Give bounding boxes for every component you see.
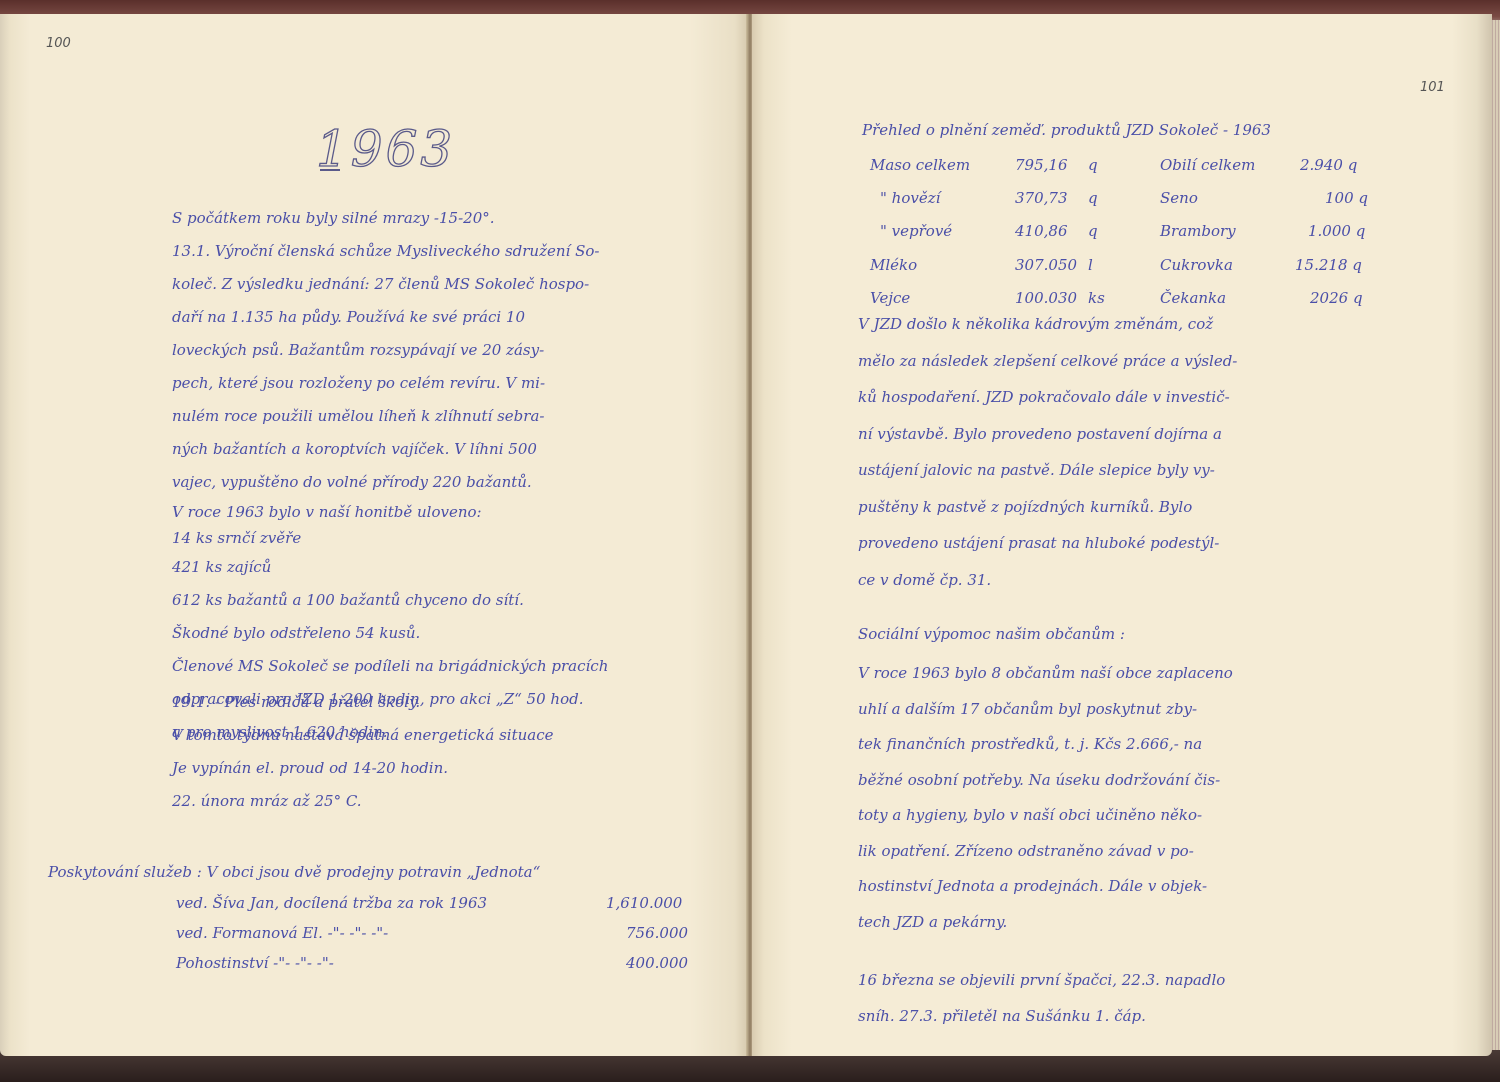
text-line: 19.1. - Ples rodičů a přátel školy. (172, 686, 554, 719)
product-unit: q (1088, 222, 1098, 240)
text-line: ní výstavbě. Bylo provedeno postavení do… (858, 416, 1237, 453)
product-name: Maso celkem (870, 156, 970, 174)
text-line: toty a hygieny, bylo v naší obci učiněno… (858, 798, 1233, 834)
text-line: běžné osobní potřeby. Na úseku dodržován… (858, 763, 1233, 799)
chronicle-text-block-1: S počátkem roku byly silné mrazy -15-20°… (172, 202, 608, 749)
text-line: V roce 1963 bylo 8 občanům naší obce zap… (858, 656, 1233, 692)
product-unit: ks (1088, 289, 1105, 307)
chronicle-text-block-2: 19.1. - Ples rodičů a přátel školy. V to… (172, 686, 554, 818)
year-underline (320, 169, 340, 171)
product-name: Mléko (870, 256, 917, 274)
social-section-heading: Sociální výpomoc našim občanům : (858, 618, 1125, 651)
text-line: pech, které jsou rozloženy po celém reví… (172, 367, 608, 400)
text-line: vajec, vypuštěno do volné přírody 220 ba… (172, 466, 608, 499)
text-line: 14 ks srnčí zvěře (172, 525, 608, 551)
product-name: Vejce (870, 289, 910, 307)
text-line: ustájení jalovic na pastvě. Dále slepice… (858, 452, 1237, 489)
product-unit: l (1088, 256, 1093, 274)
text-line: mělo za následek zlepšení celkové práce … (858, 343, 1237, 380)
text-line: puštěny k pastvě z pojízdných kurníků. B… (858, 489, 1237, 526)
production-table-title: Přehled o plnění zeměď. produktů JZD Sok… (862, 114, 1271, 147)
product-amount-2: 1.000 q (1308, 222, 1365, 240)
product-unit: q (1088, 189, 1098, 207)
product-amount-2: 2.940 q (1300, 156, 1357, 174)
product-name-2: Obilí celkem (1160, 156, 1255, 174)
text-line: 16 března se objevili první špačci, 22.3… (858, 962, 1225, 998)
text-line: 22. února mráz až 25° C. (172, 785, 554, 818)
text-line: 13.1. Výroční členská schůze Mysliveckéh… (172, 235, 608, 268)
text-line: tek finančních prostředků, t. j. Kčs 2.6… (858, 727, 1233, 763)
product-amount: 795,16 (1015, 156, 1068, 174)
product-amount: 100.030 (1015, 289, 1077, 307)
product-name-2: Čekanka (1160, 289, 1226, 307)
right-page: 101 Přehled o plnění zeměď. produktů JZD… (752, 14, 1492, 1056)
text-line: ných bažantích a koroptvích vajíček. V l… (172, 433, 608, 466)
product-name: " vepřové (880, 222, 952, 240)
page-number-right: 101 (1420, 80, 1445, 95)
services-table: ved. Šíva Jan, docílená tržba za rok 196… (176, 894, 716, 994)
product-name-2: Cukrovka (1160, 256, 1233, 274)
text-line: koleč. Z výsledku jednání: 27 členů MS S… (172, 268, 608, 301)
text-line: daří na 1.135 ha půdy. Používá ke své pr… (172, 301, 608, 334)
page-number-left: 100 (46, 36, 71, 51)
text-line: uhlí a dalším 17 občanům byl poskytnut z… (858, 692, 1233, 728)
march-notes-text: 16 března se objevili první špačci, 22.3… (858, 962, 1225, 1034)
product-amount-2: 100 q (1325, 189, 1368, 207)
services-value: 400.000 (626, 954, 688, 972)
product-name: " hovězí (880, 189, 940, 207)
text-line: sníh. 27.3. přiletěl na Sušánku 1. čáp. (858, 998, 1225, 1034)
text-line: V JZD došlo k několika kádrovým změnám, … (858, 306, 1237, 343)
services-label: Pohostinství -"- -"- -"- (176, 954, 334, 972)
social-report-text: V roce 1963 bylo 8 občanům naší obce zap… (858, 656, 1233, 940)
text-line: ků hospodaření. JZD pokračovalo dále v i… (858, 379, 1237, 416)
product-amount: 307.050 (1015, 256, 1077, 274)
services-value: 756.000 (626, 924, 688, 942)
services-label: ved. Šíva Jan, docílená tržba za rok 196… (176, 894, 487, 912)
text-line: Je vypínán el. proud od 14-20 hodin. (172, 752, 554, 785)
text-line: nulém roce použili umělou líheň k zlíhnu… (172, 400, 608, 433)
services-value: 1,610.000 (606, 894, 682, 912)
product-amount: 370,73 (1015, 189, 1068, 207)
text-line: S počátkem roku byly silné mrazy -15-20°… (172, 202, 608, 235)
text-line: V tomto týdnu nastává špatná energetická… (172, 719, 554, 752)
services-heading: Poskytování služeb : V obci jsou dvě pro… (48, 856, 540, 889)
product-amount-2: 15.218 q (1295, 256, 1362, 274)
text-line: 612 ks bažantů a 100 bažantů chyceno do … (172, 584, 608, 617)
text-line: provedeno ustájení prasat na hluboké pod… (858, 525, 1237, 562)
text-line: lik opatření. Zřízeno odstraněno závad v… (858, 834, 1233, 870)
text-line: hostinství Jednota a prodejnách. Dále v … (858, 869, 1233, 905)
services-label: ved. Formanová El. -"- -"- -"- (176, 924, 388, 942)
product-amount-2: 2026 q (1310, 289, 1363, 307)
text-line: ce v domě čp. 31. (858, 562, 1237, 599)
production-table: Maso celkem 795,16 q Obilí celkem 2.940 … (870, 156, 1430, 316)
product-amount: 410,86 (1015, 222, 1068, 240)
text-line: 421 ks zajíců (172, 551, 608, 584)
text-line: Členové MS Sokoleč se podíleli na brigád… (172, 650, 608, 683)
text-line: Škodné bylo odstřeleno 54 kusů. (172, 617, 608, 650)
product-name-2: Brambory (1160, 222, 1236, 240)
product-name-2: Seno (1160, 189, 1198, 207)
text-line: V roce 1963 bylo v naší honitbě uloveno: (172, 499, 608, 525)
text-line: loveckých psů. Bažantům rozsypávají ve 2… (172, 334, 608, 367)
jzd-report-text: V JZD došlo k několika kádrovým změnám, … (858, 306, 1237, 598)
product-unit: q (1088, 156, 1098, 174)
text-line: tech JZD a pekárny. (858, 905, 1233, 941)
left-page: 100 1963 S počátkem roku byly silné mraz… (0, 14, 748, 1056)
